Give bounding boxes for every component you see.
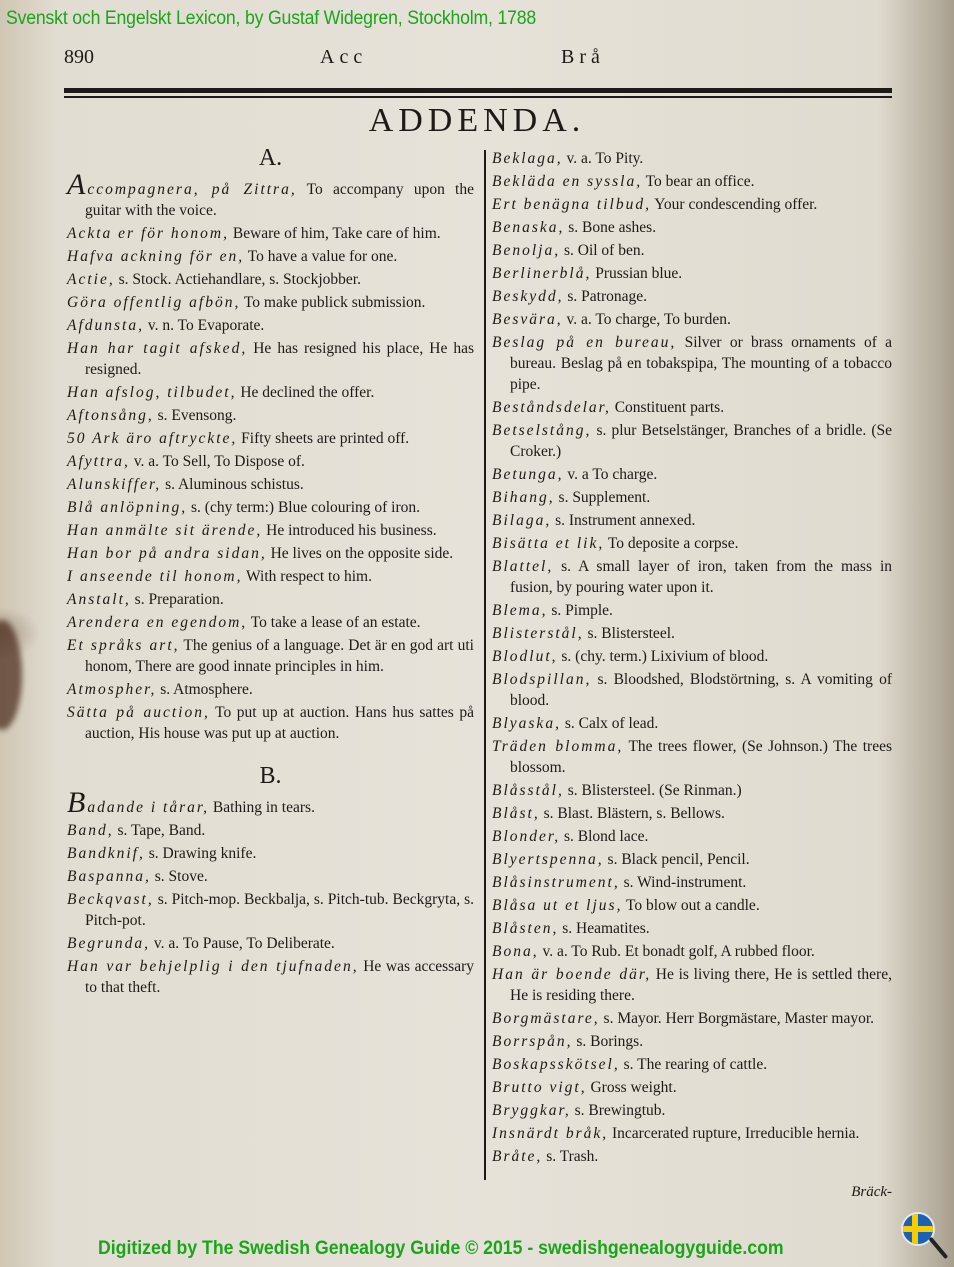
dictionary-entry: Blattel, s. A small layer of iron, taken… (492, 556, 892, 598)
definition: v. a. To Sell, To Dispose of. (130, 453, 305, 470)
definition: s. Drawing knife. (145, 845, 257, 862)
definition: s. Stock. Actiehandlare, s. Stockjobber. (115, 271, 361, 288)
definition: He lives on the opposite side. (267, 545, 453, 562)
headword: Boskapsskötsel, (492, 1056, 620, 1073)
dictionary-entry: Han är boende där, He is living there, H… (492, 964, 892, 1006)
definition: s. Tape, Band. (114, 822, 206, 839)
section-heading-b: B. (67, 766, 474, 787)
definition: v. a To charge. (564, 466, 658, 483)
definition: v. a. To Rub. Et bonadt golf, A rubbed f… (539, 943, 815, 960)
dictionary-entry: Blåsinstrument, s. Wind-instrument. (492, 872, 892, 893)
dictionary-entry: Han bor på andra sidan, He lives on the … (67, 543, 474, 564)
dictionary-entry: Bona, v. a. To Rub. Et bonadt golf, A ru… (492, 941, 892, 962)
headword: Alunskiffer, (67, 476, 161, 493)
dictionary-entry: Insnärdt bråk, Incarcerated rupture, Irr… (492, 1123, 892, 1144)
guide-word-right: Brå (561, 46, 605, 69)
headword: Badande i tårar, (67, 799, 209, 816)
definition: v. a. To charge, To burden. (563, 311, 731, 328)
definition: s. Calx of lead. (561, 715, 658, 732)
dictionary-entry: Blåsa ut et ljus, To blow out a candle. (492, 895, 892, 916)
dictionary-entry: Actie, s. Stock. Actiehandlare, s. Stock… (67, 269, 474, 290)
headword: Ert benägna tilbud, (492, 196, 651, 213)
headword: Blåsa ut et ljus, (492, 897, 622, 914)
headword: Bisätta et lik, (492, 535, 604, 552)
definition: To bear an office. (642, 173, 754, 190)
headword: Afyttra, (67, 453, 130, 470)
headword: Bandknif, (67, 845, 145, 862)
running-head: 890 Acc Brå (64, 46, 889, 76)
drop-initial: B (67, 786, 87, 819)
definition: With respect to him. (242, 568, 372, 585)
dictionary-entry: Arendera en egendom, To take a lease of … (67, 612, 474, 633)
headword: Blyertspenna, (492, 851, 604, 868)
catchword: Bräck- (851, 1184, 892, 1201)
headword: Anstalt, (67, 591, 131, 608)
headword: Blema, (492, 602, 547, 619)
definition: Gross weight. (587, 1079, 677, 1096)
headword: I anseende til honom, (67, 568, 242, 585)
headword: Beckqvast, (67, 891, 154, 908)
headword: Brutto vigt, (492, 1079, 587, 1096)
dictionary-entry: Bisätta et lik, To deposite a corpse. (492, 533, 892, 554)
definition: Bathing in tears. (209, 799, 315, 816)
dictionary-entry: Blå anlöpning, s. (chy term:) Blue colou… (67, 497, 474, 518)
page-title: ADDENDA. (0, 102, 954, 140)
headword: Begrunda, (67, 935, 150, 952)
headword: Berlinerblå, (492, 265, 591, 282)
definition: Prussian blue. (591, 265, 682, 282)
definition: s. Evensong. (154, 407, 237, 424)
headword: Beståndsdelar, (492, 399, 611, 416)
dictionary-entry: Band, s. Tape, Band. (67, 820, 474, 841)
dictionary-entry: Berlinerblå, Prussian blue. (492, 263, 892, 284)
definition: To blow out a candle. (622, 897, 759, 914)
page-stain (0, 620, 22, 730)
headword: Accompagnera, på Zittra, (67, 181, 297, 198)
definition: s. Pimple. (547, 602, 612, 619)
definition: s. Blast. Blästern, s. Bellows. (540, 805, 725, 822)
dictionary-entry: Träden blomma, The trees flower, (Se Joh… (492, 736, 892, 778)
dictionary-entry: Han var behjelplig i den tjufnaden, He w… (67, 956, 474, 998)
dictionary-entry: Atmospher, s. Atmosphere. (67, 679, 474, 700)
definition: s. Supplement. (555, 489, 651, 506)
headword: Blisterstål, (492, 625, 584, 642)
dictionary-entry: Borgmästare, s. Mayor. Herr Borgmästare,… (492, 1008, 892, 1029)
definition: s. Bone ashes. (564, 219, 656, 236)
dictionary-entry: Han har tagit afsked, He has resigned hi… (67, 338, 474, 380)
dictionary-entry: Begrunda, v. a. To Pause, To Deliberate. (67, 933, 474, 954)
dictionary-entry: Bekläda en syssla, To bear an office. (492, 171, 892, 192)
dictionary-entry: Blonder, s. Blond lace. (492, 826, 892, 847)
headword: Borrspån, (492, 1033, 572, 1050)
headword: Aftonsång, (67, 407, 154, 424)
dictionary-entry: Han anmälte sit ärende, He introduced hi… (67, 520, 474, 541)
headword: Blonder, (492, 828, 560, 845)
headword: Göra offentlig afbön, (67, 294, 240, 311)
definition: s. Blond lace. (560, 828, 648, 845)
dictionary-entry: Sätta på auction, To put up at auction. … (67, 702, 474, 744)
definition: s. Preparation. (131, 591, 224, 608)
dictionary-entry: Blåst, s. Blast. Blästern, s. Bellows. (492, 803, 892, 824)
dictionary-entry: Alunskiffer, s. Aluminous schistus. (67, 474, 474, 495)
headword: Blodlut, (492, 648, 558, 665)
dictionary-entry: Baspanna, s. Stove. (67, 866, 474, 887)
dictionary-entry: Beståndsdelar, Constituent parts. (492, 397, 892, 418)
dictionary-entry: Bråte, s. Trash. (492, 1146, 892, 1167)
definition: v. a. To Pity. (563, 150, 644, 167)
definition: s. A small layer of iron, taken from the… (510, 558, 892, 596)
dictionary-entry: Blema, s. Pimple. (492, 600, 892, 621)
definition: s. Heamatites. (558, 920, 649, 937)
dictionary-entry: Bryggkar, s. Brewingtub. (492, 1100, 892, 1121)
headword: Bryggkar, (492, 1102, 571, 1119)
dictionary-entry: 50 Ark äro aftryckte, Fifty sheets are p… (67, 428, 474, 449)
dictionary-entry: Blåsstål, s. Blistersteel. (Se Rinman.) (492, 780, 892, 801)
dictionary-entry: Et språks art, The genius of a language.… (67, 635, 474, 677)
headword: Beslag på en bureau, (492, 334, 676, 351)
headword: Actie, (67, 271, 115, 288)
definition: v. a. To Pause, To Deliberate. (150, 935, 335, 952)
definition: s. Borings. (572, 1033, 643, 1050)
dictionary-entry: Aftonsång, s. Evensong. (67, 405, 474, 426)
headword: Bilaga, (492, 512, 551, 529)
headword: Baspanna, (67, 868, 151, 885)
definition: s. Mayor. Herr Borgmästare, Master mayor… (600, 1010, 874, 1027)
dictionary-entry: Blisterstål, s. Blistersteel. (492, 623, 892, 644)
dictionary-entry: Accompagnera, på Zittra, To accompany up… (67, 175, 474, 221)
dictionary-entry: Brutto vigt, Gross weight. (492, 1077, 892, 1098)
headword: Beklaga, (492, 150, 563, 167)
definition: s. Stove. (151, 868, 208, 885)
definition: s. Black pencil, Pencil. (604, 851, 750, 868)
digitizer-credit: Digitized by The Swedish Genealogy Guide… (98, 1238, 784, 1260)
headword: Besvära, (492, 311, 563, 328)
dictionary-entry: Borrspån, s. Borings. (492, 1031, 892, 1052)
definition: s. Oil of ben. (560, 242, 644, 259)
headword: Et språks art, (67, 637, 180, 654)
entries-a: Accompagnera, på Zittra, To accompany up… (67, 175, 474, 744)
dictionary-entry: Benaska, s. Bone ashes. (492, 217, 892, 238)
dictionary-entry: I anseende til honom, With respect to hi… (67, 566, 474, 587)
source-watermark: Svenskt och Engelskt Lexicon, by Gustaf … (6, 8, 536, 30)
header-rule-thick (64, 88, 892, 93)
definition: v. n. To Evaporate. (144, 317, 264, 334)
definition: To deposite a corpse. (604, 535, 738, 552)
headword: Benolja, (492, 242, 560, 259)
definition: s. The rearing of cattle. (620, 1056, 767, 1073)
dictionary-entry: Betunga, v. a To charge. (492, 464, 892, 485)
headword: Betselstång, (492, 422, 591, 439)
definition: s. Brewingtub. (571, 1102, 666, 1119)
headword: Han afslog, tilbudet, (67, 384, 236, 401)
headword: Han är boende där, (492, 966, 651, 983)
definition: Fifty sheets are printed off. (237, 430, 409, 447)
dictionary-entry: Blodlut, s. (chy. term.) Lixivium of blo… (492, 646, 892, 667)
headword: Beskydd, (492, 288, 564, 305)
dictionary-entry: Blodspillan, s. Bloodshed, Blodstörtning… (492, 669, 892, 711)
headword: Ackta er för honom, (67, 225, 229, 242)
dictionary-entry: Afyttra, v. a. To Sell, To Dispose of. (67, 451, 474, 472)
dictionary-entry: Anstalt, s. Preparation. (67, 589, 474, 610)
definition: s. (chy term:) Blue colouring of iron. (187, 499, 420, 516)
dictionary-entry: Afdunsta, v. n. To Evaporate. (67, 315, 474, 336)
entries-b: Badande i tårar, Bathing in tears.Band, … (67, 793, 474, 998)
dictionary-entry: Benolja, s. Oil of ben. (492, 240, 892, 261)
dictionary-entry: Hafva ackning för en, To have a value fo… (67, 246, 474, 267)
drop-initial: A (67, 168, 87, 201)
page-number: 890 (64, 46, 94, 69)
headword: Han har tagit afsked, (67, 340, 247, 357)
headword: Band, (67, 822, 114, 839)
definition: s. (chy. term.) Lixivium of blood. (558, 648, 769, 665)
entries-right: Beklaga, v. a. To Pity.Bekläda en syssla… (492, 148, 892, 1167)
definition: To take a lease of an estate. (247, 614, 420, 631)
headword: Bona, (492, 943, 539, 960)
dictionary-entry: Blyertspenna, s. Black pencil, Pencil. (492, 849, 892, 870)
headword: Betunga, (492, 466, 564, 483)
headword: Blåsstål, (492, 782, 564, 799)
dictionary-entry: Bandknif, s. Drawing knife. (67, 843, 474, 864)
headword: Insnärdt bråk, (492, 1125, 608, 1142)
definition: Constituent parts. (611, 399, 724, 416)
headword: Blyaska, (492, 715, 561, 732)
headword: Bekläda en syssla, (492, 173, 642, 190)
definition: s. Trash. (542, 1148, 598, 1165)
dictionary-entry: Bilaga, s. Instrument annexed. (492, 510, 892, 531)
dictionary-entry: Ert benägna tilbud, Your condescending o… (492, 194, 892, 215)
headword: Benaska, (492, 219, 564, 236)
headword: Blodspillan, (492, 671, 591, 688)
right-column: Beklaga, v. a. To Pity.Bekläda en syssla… (492, 148, 892, 1169)
dictionary-entry: Göra offentlig afbön, To make publick su… (67, 292, 474, 313)
headword: Han var behjelplig i den tjufnaden, (67, 958, 359, 975)
left-column: A. Accompagnera, på Zittra, To accompany… (67, 148, 474, 1000)
guide-word-left: Acc (320, 46, 367, 69)
definition: s. Blistersteel. (584, 625, 675, 642)
dictionary-entry: Ackta er för honom, Beware of him, Take … (67, 223, 474, 244)
headword: Sätta på auction, (67, 704, 210, 721)
dictionary-entry: Blåsten, s. Heamatites. (492, 918, 892, 939)
dictionary-entry: Badande i tårar, Bathing in tears. (67, 793, 474, 818)
definition: He declined the offer. (236, 384, 374, 401)
definition: s. Instrument annexed. (551, 512, 695, 529)
dictionary-entry: Han afslog, tilbudet, He declined the of… (67, 382, 474, 403)
definition: s. Blistersteel. (Se Rinman.) (564, 782, 742, 799)
headword: Hafva ackning för en, (67, 248, 244, 265)
dictionary-entry: Beslag på en bureau, Silver or brass orn… (492, 332, 892, 395)
definition: s. Aluminous schistus. (161, 476, 304, 493)
definition: Beware of him, Take care of him. (229, 225, 441, 242)
definition: Your condescending offer. (651, 196, 817, 213)
section-heading-a: A. (67, 148, 474, 169)
dictionary-entry: Besvära, v. a. To charge, To burden. (492, 309, 892, 330)
headword: Han bor på andra sidan, (67, 545, 267, 562)
header-rule-thin (64, 96, 892, 98)
dictionary-entry: Bihang, s. Supplement. (492, 487, 892, 508)
headword: 50 Ark äro aftryckte, (67, 430, 237, 447)
dictionary-entry: Beckqvast, s. Pitch-mop. Beckbalja, s. P… (67, 889, 474, 931)
definition: s. Wind-instrument. (620, 874, 747, 891)
headword: Blå anlöpning, (67, 499, 187, 516)
dictionary-entry: Betselstång, s. plur Betselstänger, Bran… (492, 420, 892, 462)
headword: Blattel, (492, 558, 553, 575)
magnifier-handle-icon (928, 1237, 948, 1259)
headword: Afdunsta, (67, 317, 144, 334)
definition: To have a value for one. (244, 248, 397, 265)
headword: Bihang, (492, 489, 555, 506)
headword: Borgmästare, (492, 1010, 600, 1027)
headword: Atmospher, (67, 681, 156, 698)
definition: s. Patronage. (564, 288, 648, 305)
dictionary-entry: Beklaga, v. a. To Pity. (492, 148, 892, 169)
definition: s. Atmosphere. (156, 681, 252, 698)
definition: To make publick submission. (240, 294, 425, 311)
headword: Han anmälte sit ärende, (67, 522, 262, 539)
headword: Bråte, (492, 1148, 542, 1165)
dictionary-entry: Blyaska, s. Calx of lead. (492, 713, 892, 734)
column-divider (484, 150, 486, 1180)
dictionary-entry: Boskapsskötsel, s. The rearing of cattle… (492, 1054, 892, 1075)
definition: He introduced his business. (262, 522, 436, 539)
headword: Arendera en egendom, (67, 614, 247, 631)
headword: Blåst, (492, 805, 540, 822)
headword: Blåsten, (492, 920, 558, 937)
headword: Träden blomma, (492, 738, 623, 755)
definition: Incarcerated rupture, Irreducible hernia… (608, 1125, 859, 1142)
headword: Blåsinstrument, (492, 874, 620, 891)
dictionary-entry: Beskydd, s. Patronage. (492, 286, 892, 307)
